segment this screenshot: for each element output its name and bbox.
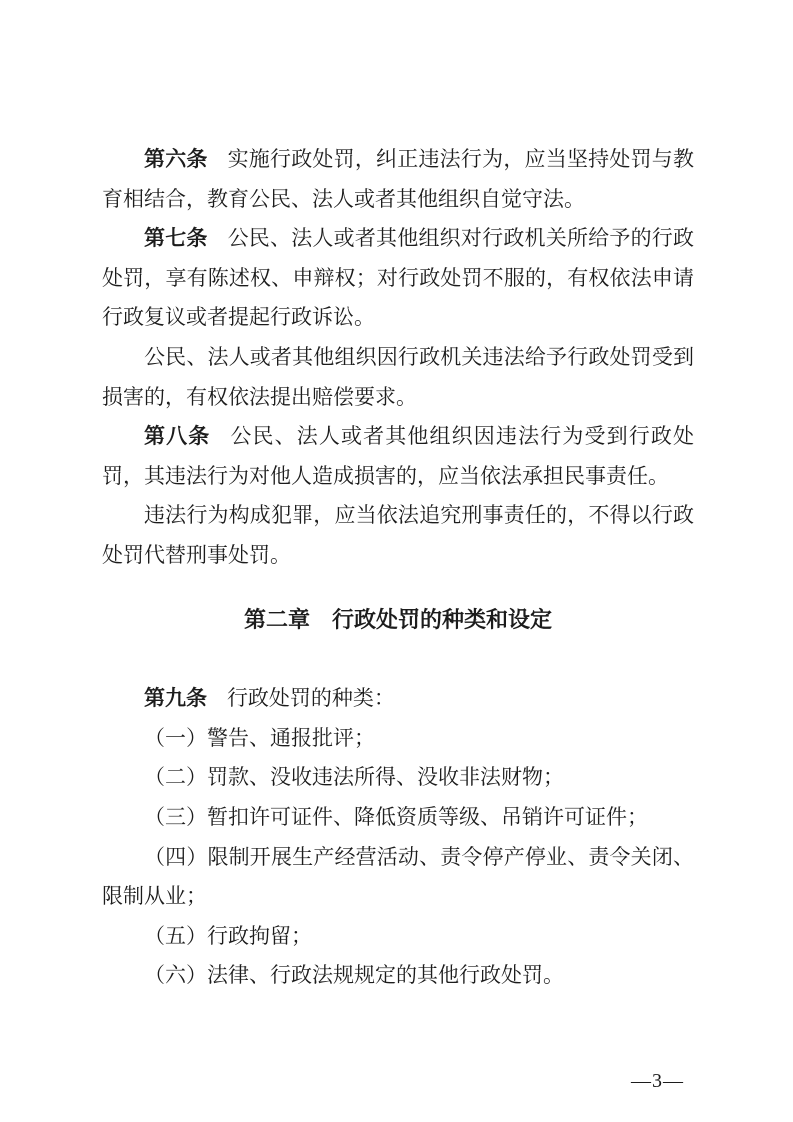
article-paragraph: 公民、法人或者其他组织因行政机关违法给予行政处罚受到损害的，有权依法提出赔偿要求… [102, 338, 694, 417]
article-paragraph: 第八条公民、法人或者其他组织因违法行为受到行政处罚，其违法行为对他人造成损害的，… [102, 417, 694, 496]
penalty-type-item: （二）罚款、没收违法所得、没收非法财物； [102, 758, 694, 798]
paragraph-text: 行政处罚的种类： [227, 686, 395, 710]
article-paragraph: 第九条行政处罚的种类： [102, 679, 694, 719]
penalty-type-item: （三）暂扣许可证件、降低资质等级、吊销许可证件； [102, 798, 694, 838]
document-body: 第六条实施行政处罚，纠正违法行为，应当坚持处罚与教育相结合，教育公民、法人或者其… [102, 140, 694, 996]
penalty-type-item: （六）法律、行政法规规定的其他行政处罚。 [102, 956, 694, 996]
chapter-heading: 第二章 行政处罚的种类和设定 [102, 600, 694, 640]
page-number: —3— [631, 1068, 684, 1094]
penalty-type-item: （五）行政拘留； [102, 917, 694, 957]
article-paragraph: 违法行为构成犯罪，应当依法追究刑事责任的，不得以行政处罚代替刑事处罚。 [102, 496, 694, 575]
paragraph-text: 违法行为构成犯罪，应当依法追究刑事责任的，不得以行政处罚代替刑事处罚。 [102, 503, 694, 567]
article-number-label: 第六条 [144, 148, 208, 171]
document-page: 第六条实施行政处罚，纠正违法行为，应当坚持处罚与教育相结合，教育公民、法人或者其… [0, 0, 793, 1122]
article-paragraph: 第六条实施行政处罚，纠正违法行为，应当坚持处罚与教育相结合，教育公民、法人或者其… [102, 140, 694, 219]
article-number-label: 第七条 [144, 227, 208, 250]
penalty-type-item: （一）警告、通报批评； [102, 719, 694, 759]
article-number-label: 第九条 [144, 687, 207, 710]
article-paragraph: 第七条公民、法人或者其他组织对行政机关所给予的行政处罚，享有陈述权、申辩权；对行… [102, 219, 694, 338]
penalty-type-item: （四）限制开展生产经营活动、责令停产停业、责令关闭、限制从业； [102, 838, 694, 917]
paragraph-text: 公民、法人或者其他组织因行政机关违法给予行政处罚受到损害的，有权依法提出赔偿要求… [102, 345, 694, 409]
article-number-label: 第八条 [144, 425, 210, 448]
